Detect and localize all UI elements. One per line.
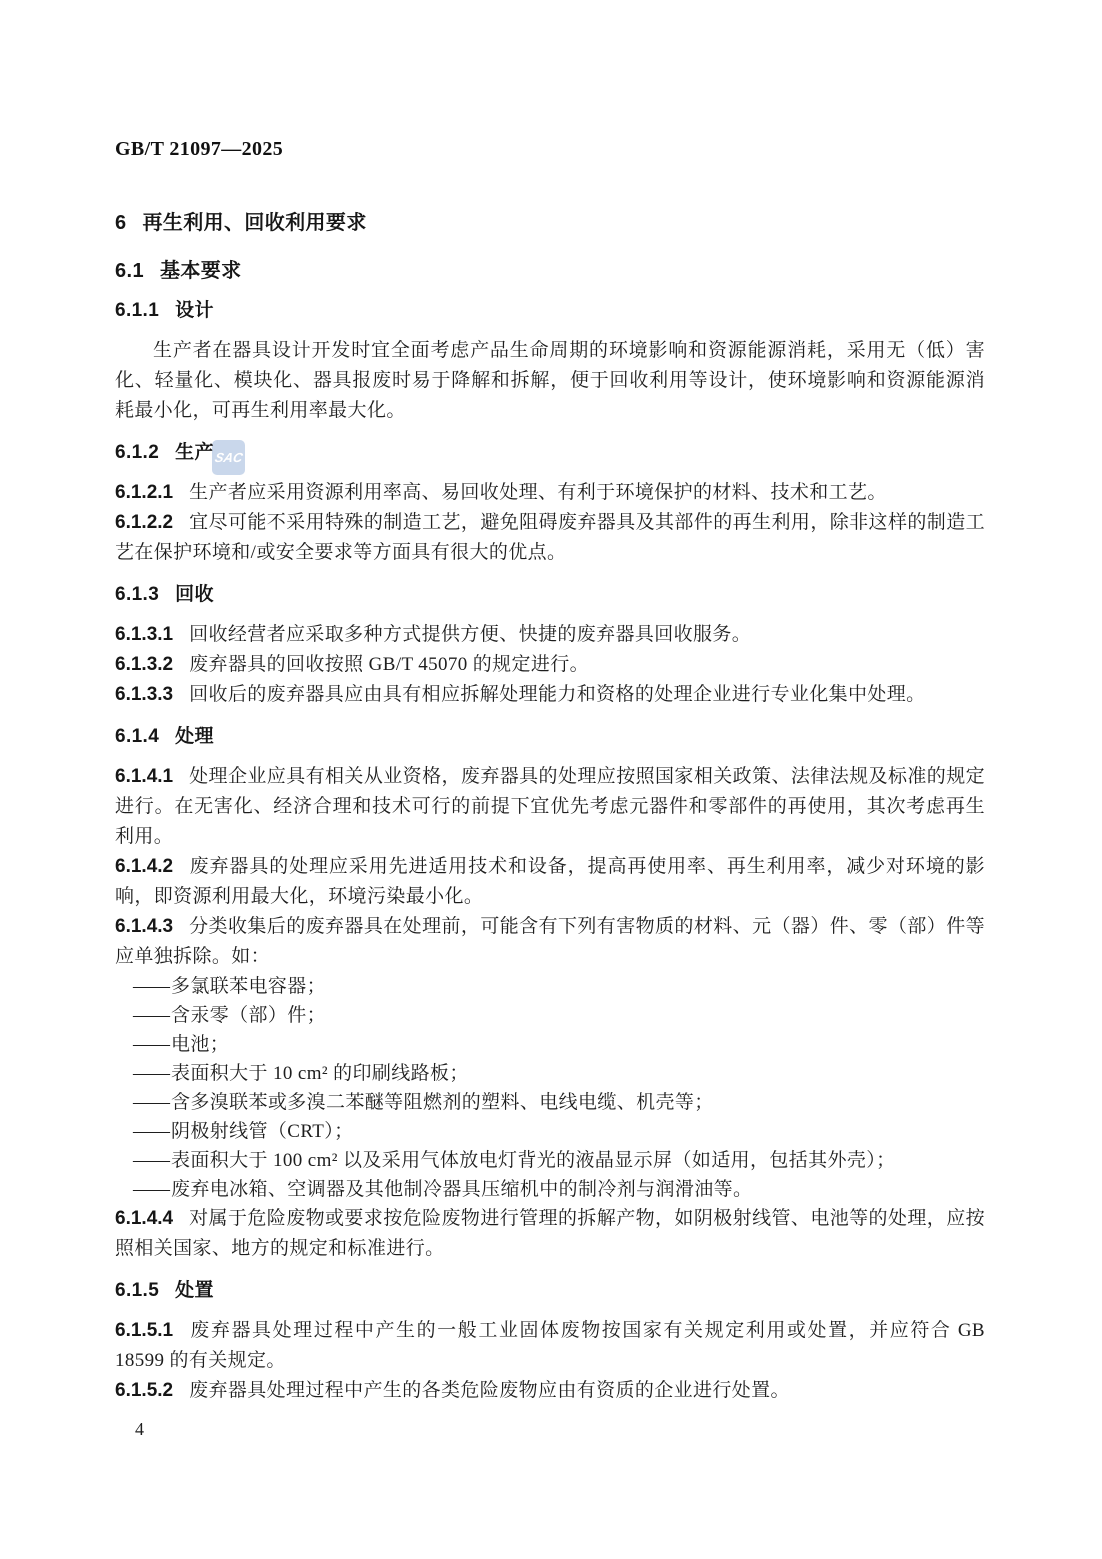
hazard-item-text: 电池； bbox=[171, 1034, 229, 1055]
clause-6-1-3-3-number: 6.1.3.3 bbox=[115, 684, 173, 705]
standard-code-header: GB/T 21097—2025 bbox=[115, 138, 985, 160]
hazard-list-item: ——电池； bbox=[115, 1030, 985, 1059]
clause-6-1-4-3-text: 分类收集后的废弃器具在处理前，可能含有下列有害物质的材料、元（器）件、零（部）件… bbox=[115, 916, 985, 967]
section-6-1-heading: 6.1基本要求 bbox=[115, 258, 985, 284]
clause-6-1-2-1: 6.1.2.1生产者应采用资源利用率高、易回收处理、有利于环境保护的材料、技术和… bbox=[115, 478, 985, 508]
clause-6-1-2-1-number: 6.1.2.1 bbox=[115, 482, 173, 503]
section-6-heading: 6再生利用、回收利用要求 bbox=[115, 210, 985, 236]
clause-6-1-5-1-number: 6.1.5.1 bbox=[115, 1320, 173, 1341]
list-dash: —— bbox=[133, 1063, 169, 1084]
clause-6-1-4-2-number: 6.1.4.2 bbox=[115, 856, 173, 877]
clause-6-1-4-3: 6.1.4.3分类收集后的废弃器具在处理前，可能含有下列有害物质的材料、元（器）… bbox=[115, 912, 985, 972]
clause-6-1-4-4-text: 对属于危险废物或要求按危险废物进行管理的拆解产物，如阴极射线管、电池等的处理，应… bbox=[115, 1208, 985, 1259]
clause-6-1-1-body: 生产者在器具设计开发时宜全面考虑产品生命周期的环境影响和资源能源消耗，采用无（低… bbox=[115, 336, 985, 426]
clause-6-1-3-3: 6.1.3.3回收后的废弃器具应由具有相应拆解处理能力和资格的处理企业进行专业化… bbox=[115, 680, 985, 710]
section-6-1-5-heading: 6.1.5处置 bbox=[115, 1278, 985, 1304]
hazard-list-item: ——含汞零（部）件； bbox=[115, 1001, 985, 1030]
list-dash: —— bbox=[133, 1005, 169, 1026]
section-6-1-1-heading: 6.1.1设计 bbox=[115, 298, 985, 324]
section-6-1-3-title: 回收 bbox=[175, 584, 214, 605]
section-6-1-2-number: 6.1.2 bbox=[115, 442, 159, 463]
clause-6-1-4-2-text: 废弃器具的处理应采用先进适用技术和设备，提高再使用率、再生利用率，减少对环境的影… bbox=[115, 856, 985, 907]
hazard-list-item: ——表面积大于 10 cm² 的印刷线路板； bbox=[115, 1059, 985, 1088]
hazard-item-text: 表面积大于 100 cm² 以及采用气体放电灯背光的液晶显示屏（如适用，包括其外… bbox=[171, 1150, 896, 1171]
section-6-number: 6 bbox=[115, 212, 127, 234]
section-6-1-title: 基本要求 bbox=[160, 260, 242, 282]
clause-6-1-3-3-text: 回收后的废弃器具应由具有相应拆解处理能力和资格的处理企业进行专业化集中处理。 bbox=[189, 684, 925, 705]
clause-6-1-5-1-text: 废弃器具处理过程中产生的一般工业固体废物按国家有关规定利用或处置，并应符合 GB… bbox=[115, 1320, 985, 1371]
clause-6-1-4-1-text: 处理企业应具有相关从业资格，废弃器具的处理应按照国家相关政策、法律法规及标准的规… bbox=[115, 766, 985, 847]
clause-6-1-3-2: 6.1.3.2废弃器具的回收按照 GB/T 45070 的规定进行。 bbox=[115, 650, 985, 680]
section-6-1-2-heading: 6.1.2生产 bbox=[115, 440, 985, 466]
section-6-1-number: 6.1 bbox=[115, 260, 144, 282]
clause-6-1-5-2-number: 6.1.5.2 bbox=[115, 1380, 173, 1401]
clause-6-1-5-1: 6.1.5.1废弃器具处理过程中产生的一般工业固体废物按国家有关规定利用或处置，… bbox=[115, 1316, 985, 1376]
hazard-list-item: ——废弃电冰箱、空调器及其他制冷器具压缩机中的制冷剂与润滑油等。 bbox=[115, 1175, 985, 1204]
clause-6-1-3-1-text: 回收经营者应采取多种方式提供方便、快捷的废弃器具回收服务。 bbox=[189, 624, 751, 645]
hazard-list-item: ——阴极射线管（CRT）； bbox=[115, 1117, 985, 1146]
document-page: SAC GB/T 21097—2025 6再生利用、回收利用要求 6.1基本要求… bbox=[0, 0, 1102, 1559]
page-content: GB/T 21097—2025 6再生利用、回收利用要求 6.1基本要求 6.1… bbox=[115, 138, 985, 1440]
section-6-title: 再生利用、回收利用要求 bbox=[143, 212, 367, 234]
clause-6-1-2-2-number: 6.1.2.2 bbox=[115, 512, 173, 533]
hazard-list-item: ——表面积大于 100 cm² 以及采用气体放电灯背光的液晶显示屏（如适用，包括… bbox=[115, 1146, 985, 1175]
list-dash: —— bbox=[133, 1092, 169, 1113]
hazard-item-text: 表面积大于 10 cm² 的印刷线路板； bbox=[171, 1063, 469, 1084]
clause-6-1-3-1-number: 6.1.3.1 bbox=[115, 624, 173, 645]
clause-6-1-4-4-number: 6.1.4.4 bbox=[115, 1208, 173, 1229]
list-dash: —— bbox=[133, 1150, 169, 1171]
section-6-1-1-number: 6.1.1 bbox=[115, 300, 159, 321]
list-dash: —— bbox=[133, 976, 169, 997]
clause-6-1-2-2: 6.1.2.2宜尽可能不采用特殊的制造工艺，避免阻碍废弃器具及其部件的再生利用，… bbox=[115, 508, 985, 568]
hazard-list-item: ——含多溴联苯或多溴二苯醚等阻燃剂的塑料、电线电缆、机壳等； bbox=[115, 1088, 985, 1117]
clause-6-1-4-3-number: 6.1.4.3 bbox=[115, 916, 173, 937]
clause-6-1-4-1: 6.1.4.1处理企业应具有相关从业资格，废弃器具的处理应按照国家相关政策、法律… bbox=[115, 762, 985, 852]
list-dash: —— bbox=[133, 1121, 169, 1142]
hazard-item-text: 含汞零（部）件； bbox=[171, 1005, 326, 1026]
list-dash: —— bbox=[133, 1034, 169, 1055]
clause-6-1-4-4: 6.1.4.4对属于危险废物或要求按危险废物进行管理的拆解产物，如阴极射线管、电… bbox=[115, 1204, 985, 1264]
hazard-list-item: ——多氯联苯电容器； bbox=[115, 972, 985, 1001]
clause-6-1-4-2: 6.1.4.2废弃器具的处理应采用先进适用技术和设备，提高再使用率、再生利用率，… bbox=[115, 852, 985, 912]
list-dash: —— bbox=[133, 1179, 169, 1200]
clause-6-1-3-2-number: 6.1.3.2 bbox=[115, 654, 173, 675]
hazard-item-text: 废弃电冰箱、空调器及其他制冷器具压缩机中的制冷剂与润滑油等。 bbox=[171, 1179, 752, 1200]
clause-6-1-5-2: 6.1.5.2废弃器具处理过程中产生的各类危险废物应由有资质的企业进行处置。 bbox=[115, 1376, 985, 1406]
section-6-1-2-title: 生产 bbox=[175, 442, 214, 463]
hazard-item-text: 多氯联苯电容器； bbox=[171, 976, 326, 997]
clause-6-1-5-2-text: 废弃器具处理过程中产生的各类危险废物应由有资质的企业进行处置。 bbox=[189, 1380, 790, 1401]
section-6-1-4-number: 6.1.4 bbox=[115, 726, 159, 747]
section-6-1-5-title: 处置 bbox=[175, 1280, 214, 1301]
clause-6-1-3-1: 6.1.3.1回收经营者应采取多种方式提供方便、快捷的废弃器具回收服务。 bbox=[115, 620, 985, 650]
hazard-item-text: 含多溴联苯或多溴二苯醚等阻燃剂的塑料、电线电缆、机壳等； bbox=[171, 1092, 714, 1113]
clause-6-1-2-2-text: 宜尽可能不采用特殊的制造工艺，避免阻碍废弃器具及其部件的再生利用，除非这样的制造… bbox=[115, 512, 985, 563]
hazard-item-text: 阴极射线管（CRT）； bbox=[171, 1121, 354, 1142]
section-6-1-5-number: 6.1.5 bbox=[115, 1280, 159, 1301]
clause-6-1-4-1-number: 6.1.4.1 bbox=[115, 766, 173, 787]
page-number: 4 bbox=[135, 1418, 985, 1440]
clause-6-1-2-1-text: 生产者应采用资源利用率高、易回收处理、有利于环境保护的材料、技术和工艺。 bbox=[189, 482, 887, 503]
clause-6-1-3-2-text: 废弃器具的回收按照 GB/T 45070 的规定进行。 bbox=[189, 654, 589, 675]
section-6-1-3-heading: 6.1.3回收 bbox=[115, 582, 985, 608]
section-6-1-3-number: 6.1.3 bbox=[115, 584, 159, 605]
section-6-1-4-title: 处理 bbox=[175, 726, 214, 747]
section-6-1-1-title: 设计 bbox=[175, 300, 214, 321]
section-6-1-4-heading: 6.1.4处理 bbox=[115, 724, 985, 750]
